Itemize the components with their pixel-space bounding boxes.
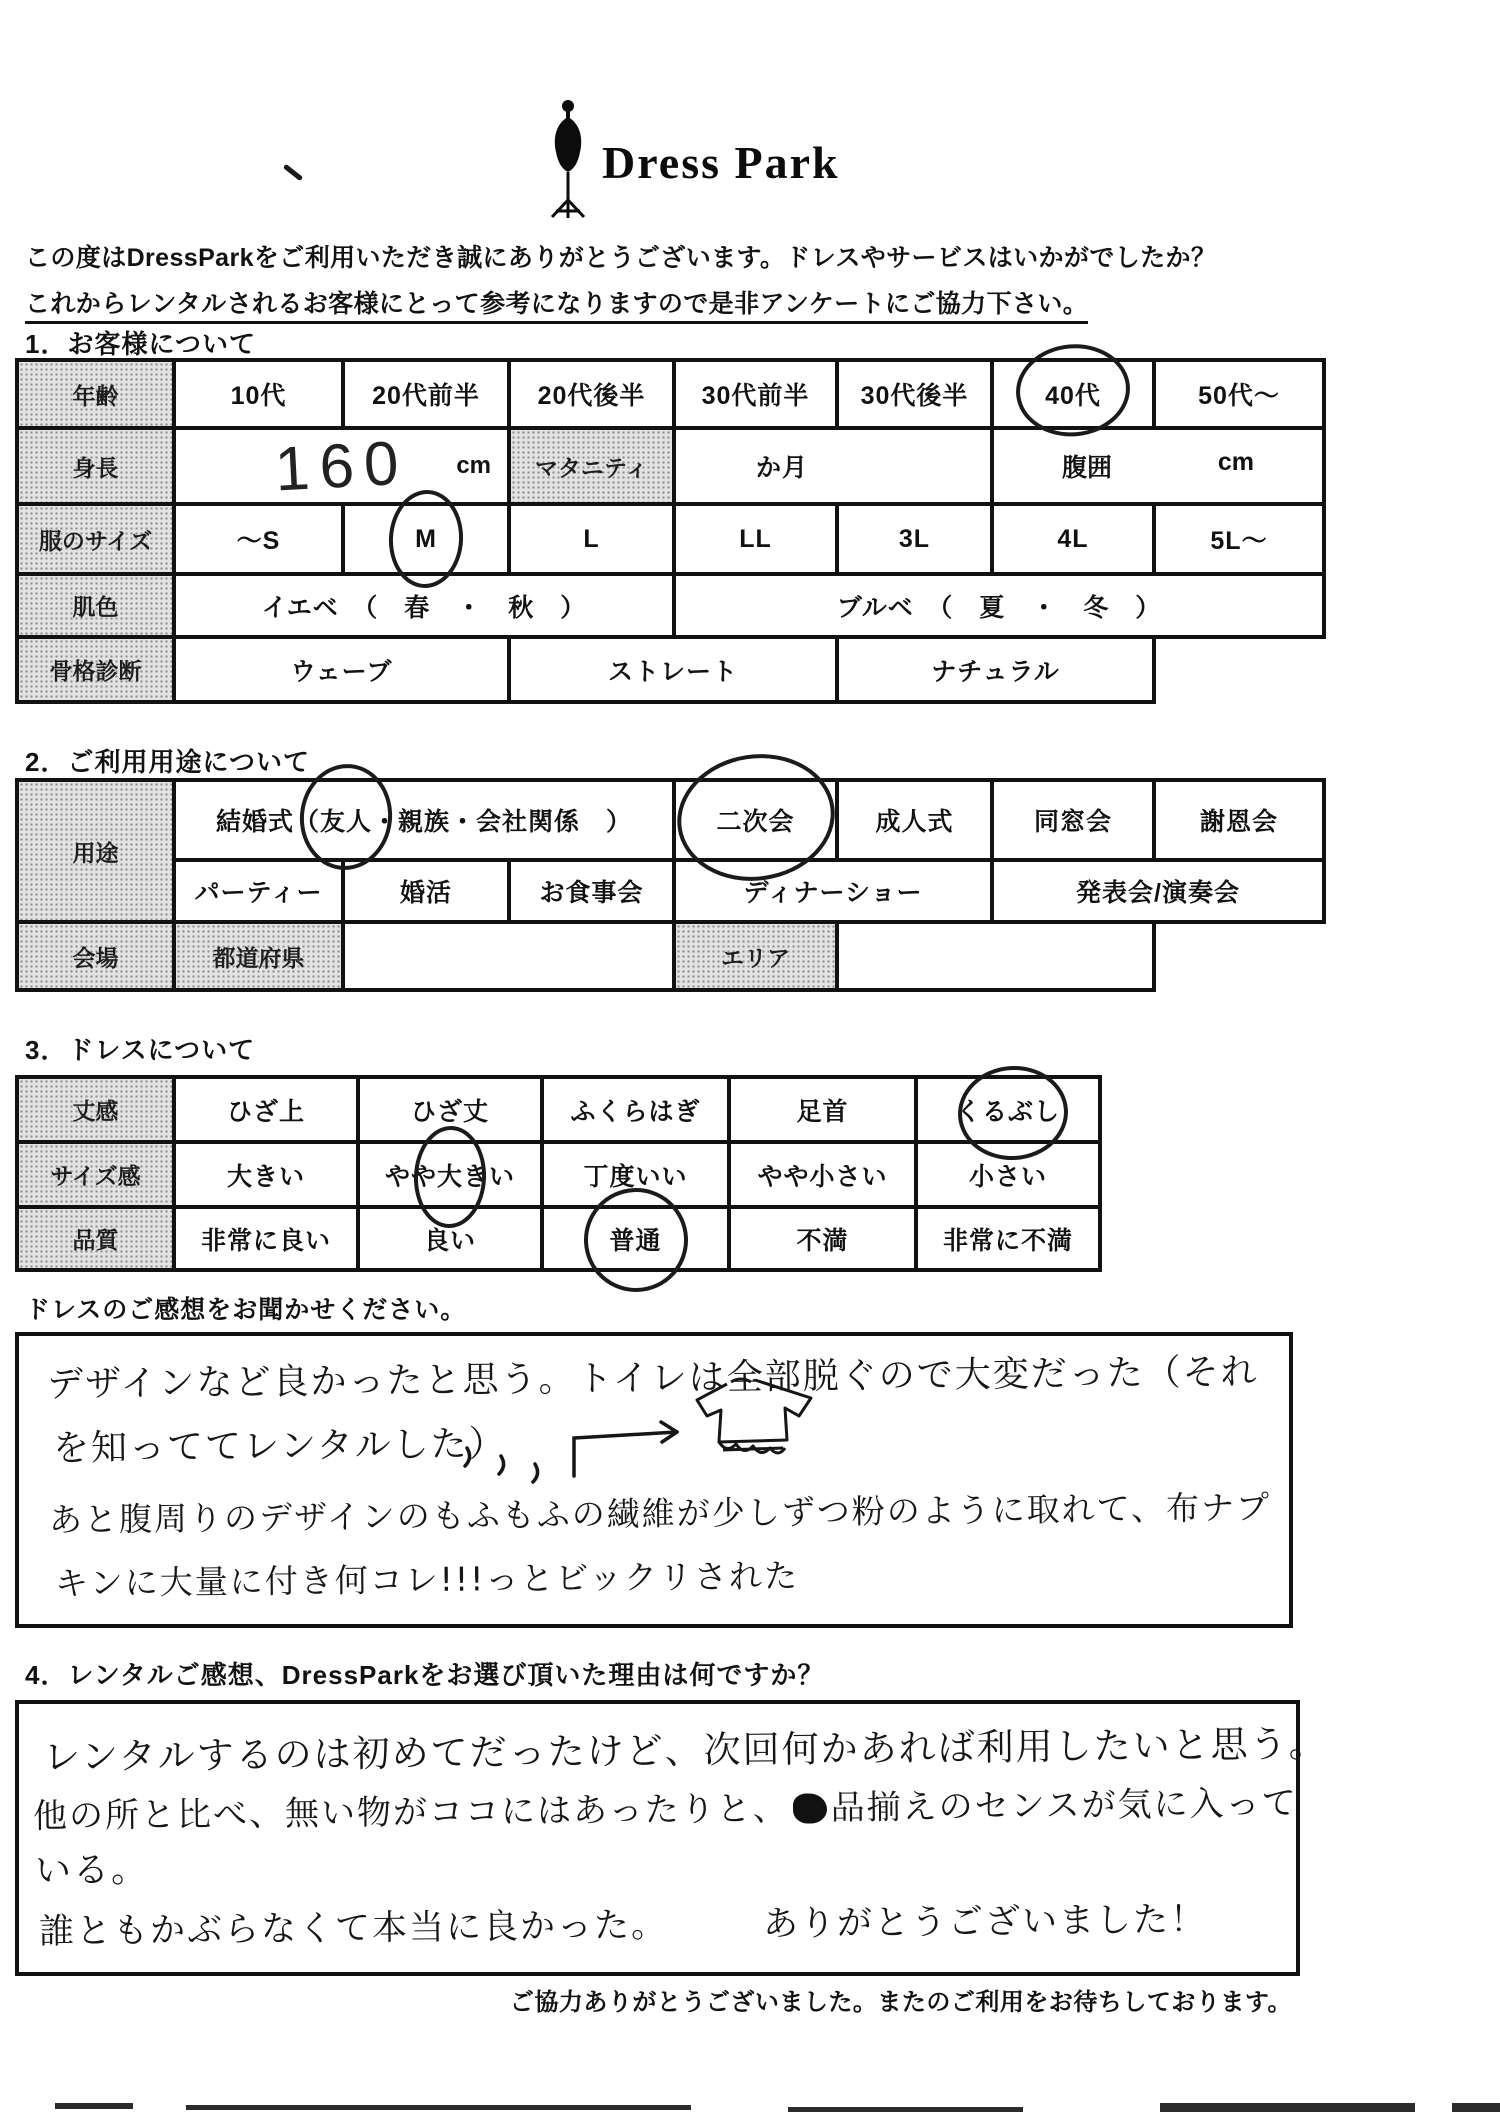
section1-heading: 1．お客様について bbox=[25, 324, 256, 361]
scan-artifact-line bbox=[1160, 2103, 1415, 2112]
option-skin-yellow-base: イエベ （ 春 ・ 秋 ） bbox=[174, 574, 674, 637]
option-fit-slightly-small: やや小さい bbox=[729, 1142, 916, 1207]
option-purpose-thanks-party: 謝恩会 bbox=[1154, 780, 1324, 860]
wedding-relation-friend: 友人 bbox=[320, 802, 372, 838]
height-unit-label: cm bbox=[456, 452, 491, 480]
ink-scribble bbox=[793, 1793, 827, 1823]
waist-unit-label: cm bbox=[1218, 448, 1254, 484]
option-size-s: ～S bbox=[174, 504, 343, 574]
option-purpose-coming-of-age: 成人式 bbox=[837, 780, 992, 860]
option-purpose-dining: お食事会 bbox=[509, 860, 674, 922]
option-purpose-dinner-show: ディナーショー bbox=[674, 860, 992, 922]
handwritten-line: 他の所と比べ、無い物がココにはあったりと、品揃えのセンスが気に入って bbox=[33, 1775, 1298, 1837]
option-size-5l: 5L～ bbox=[1154, 504, 1324, 574]
option-fit-slightly-big: やや大きい bbox=[358, 1142, 542, 1207]
option-purpose-afterparty: 二次会 bbox=[674, 780, 837, 860]
option-age-30late: 30代後半 bbox=[837, 360, 992, 428]
scan-artifact-line bbox=[788, 2107, 1023, 2112]
handwritten-segment: 誰ともかぶらなくて本当に良かった。 bbox=[39, 1906, 668, 1953]
handwritten-line: キンに大量に付き何コレ!!!っとビックリされた bbox=[55, 1550, 799, 1605]
option-age-10s: 10代 bbox=[174, 360, 343, 428]
height-value-cell: 160 cm bbox=[174, 428, 509, 504]
pen-stray-mark bbox=[283, 164, 303, 181]
option-frame-straight: ストレート bbox=[509, 637, 837, 702]
option-length-calf: ふくらはぎ bbox=[542, 1077, 729, 1142]
handwritten-line: 誰ともかぶらなくて本当に良かった。ありがとうございました！ bbox=[39, 1892, 1207, 1954]
handwritten-line: いる。 bbox=[35, 1841, 150, 1893]
section2-heading: 2．ご利用用途について bbox=[25, 742, 310, 779]
maternity-label: マタニティ bbox=[509, 428, 674, 504]
area-label: エリア bbox=[674, 922, 837, 990]
option-length-above-knee: ひざ上 bbox=[174, 1077, 358, 1142]
venue-row-label: 会場 bbox=[17, 922, 174, 990]
option-size-3l: 3L bbox=[837, 504, 992, 574]
option-quality-unsatisfied: 不満 bbox=[729, 1207, 916, 1270]
area-answer-blank bbox=[837, 922, 1154, 990]
option-size-m-label: M bbox=[415, 525, 437, 553]
rental-feedback-box: レンタルするのは初めてだったけど、次回何かあれば利用したいと思う。 他の所と比べ… bbox=[15, 1700, 1300, 1976]
survey-request-text: これからレンタルされるお客様にとって参考になりますので是非アンケートにご協力下さ… bbox=[25, 290, 1088, 324]
customer-info-table: 年齢 10代 20代前半 20代後半 30代前半 30代後半 40代 50代～ … bbox=[15, 358, 1326, 704]
option-quality-good: 良い bbox=[358, 1207, 542, 1270]
dress-feedback-prompt: ドレスのご感想をお聞かせください。 bbox=[25, 1290, 466, 1326]
intro-text: この度はDressParkをご利用いただき誠にありがとうございます。ドレスやサー… bbox=[25, 238, 1265, 274]
scan-artifact-line bbox=[55, 2103, 133, 2109]
empty-region bbox=[1154, 922, 1324, 990]
option-purpose-recital: 発表会/演奏会 bbox=[992, 860, 1324, 922]
option-quality-very-unsatisfied: 非常に不満 bbox=[916, 1207, 1100, 1270]
usage-purpose-table: 用途 結婚式（友人・親族・会社関係 ） 二次会 成人式 同窓会 謝恩会 パーティ… bbox=[15, 778, 1326, 992]
waist-label: 腹囲 bbox=[1062, 448, 1112, 484]
waist-cell: 腹囲 cm bbox=[992, 428, 1324, 504]
dress-feedback-box: デザインなど良かったと思う。トイレは全部脱ぐので大変だった（それ を知っててレン… bbox=[15, 1332, 1293, 1628]
length-row-label: 丈感 bbox=[17, 1077, 174, 1142]
dress-rating-table: 丈感 ひざ上 ひざ丈 ふくらはぎ 足首 くるぶし サイズ感 大きい やや大きい … bbox=[15, 1075, 1102, 1272]
option-age-20late: 20代後半 bbox=[509, 360, 674, 428]
logo-text: Dress Park bbox=[602, 136, 840, 189]
option-fit-big: 大きい bbox=[174, 1142, 358, 1207]
handwritten-segment: 品揃えのセンスが気に入って bbox=[830, 1783, 1297, 1828]
scanned-survey-page: Dress Park この度はDressParkをご利用いただき誠にありがとうご… bbox=[0, 0, 1500, 2127]
option-size-4l: 4L bbox=[992, 504, 1154, 574]
option-length-ankle: 足首 bbox=[729, 1077, 916, 1142]
option-fit-slightly-big-label: やや大きい bbox=[385, 1163, 515, 1191]
wedding-relation-friend-label: 友人 bbox=[320, 808, 372, 836]
frame-diagnosis-row-label: 骨格診断 bbox=[17, 637, 174, 702]
section3-heading: 3．ドレスについて bbox=[25, 1030, 255, 1067]
option-purpose-wedding: 結婚式（友人・親族・会社関係 ） bbox=[174, 780, 674, 860]
option-skin-blue-base: ブルベ （ 夏 ・ 冬 ） bbox=[674, 574, 1324, 637]
purpose-row-label: 用途 bbox=[17, 780, 174, 922]
age-row-label: 年齢 bbox=[17, 360, 174, 428]
section4-heading: 4．レンタルご感想、DressParkをお選び頂いた理由は何ですか？ bbox=[25, 1655, 824, 1692]
arrow-and-dress-doodle-icon bbox=[439, 1376, 829, 1501]
option-age-40s: 40代 bbox=[992, 360, 1154, 428]
option-fit-just-right: 丁度いい bbox=[542, 1142, 729, 1207]
maternity-months-label: か月 bbox=[674, 428, 992, 504]
option-age-30early: 30代前半 bbox=[674, 360, 837, 428]
option-length-knee: ひざ丈 bbox=[358, 1077, 542, 1142]
option-size-ll: LL bbox=[674, 504, 837, 574]
quality-row-label: 品質 bbox=[17, 1207, 174, 1270]
option-purpose-party: パーティー bbox=[174, 860, 343, 922]
option-purpose-matchmaking: 婚活 bbox=[343, 860, 509, 922]
wedding-prefix: 結婚式（ bbox=[216, 808, 320, 836]
option-purpose-reunion: 同窓会 bbox=[992, 780, 1154, 860]
empty-region bbox=[1154, 637, 1324, 702]
option-quality-normal: 普通 bbox=[542, 1207, 729, 1270]
option-age-50s: 50代～ bbox=[1154, 360, 1324, 428]
skin-tone-row-label: 肌色 bbox=[17, 574, 174, 637]
prefecture-label: 都道府県 bbox=[174, 922, 343, 990]
option-length-anklebone-label: くるぶし bbox=[956, 1098, 1060, 1126]
option-frame-wave: ウェーブ bbox=[174, 637, 509, 702]
scan-artifact-line bbox=[1452, 2103, 1500, 2112]
option-quality-normal-label: 普通 bbox=[609, 1227, 661, 1255]
footer-thanks-text: ご協力ありがとうございました。またのご利用をお待ちしております。 bbox=[480, 1982, 1292, 2017]
handwritten-line: あと腹周りのデザインのもふもふの繊維が少しずつ粉のように取れて、布ナプ bbox=[49, 1482, 1271, 1542]
height-row-label: 身長 bbox=[17, 428, 174, 504]
height-value-handwritten: 160 bbox=[273, 427, 410, 505]
handwritten-segment: 他の所と比べ、無い物がココにはあったりと、 bbox=[33, 1789, 789, 1837]
option-fit-small: 小さい bbox=[916, 1142, 1100, 1207]
option-age-40s-label: 40代 bbox=[1045, 382, 1101, 410]
prefecture-answer-blank bbox=[343, 922, 674, 990]
option-frame-natural: ナチュラル bbox=[837, 637, 1154, 702]
option-size-l: L bbox=[509, 504, 674, 574]
clothing-size-row-label: 服のサイズ bbox=[17, 504, 174, 574]
handwritten-segment: ありがとうございました！ bbox=[763, 1900, 1207, 1945]
option-quality-very-good: 非常に良い bbox=[174, 1207, 358, 1270]
wedding-suffix: ・親族・会社関係 ） bbox=[372, 808, 632, 836]
option-purpose-afterparty-label: 二次会 bbox=[716, 808, 794, 836]
option-age-20early: 20代前半 bbox=[343, 360, 509, 428]
fit-row-label: サイズ感 bbox=[17, 1142, 174, 1207]
scan-artifact-line bbox=[186, 2105, 691, 2110]
option-length-anklebone: くるぶし bbox=[916, 1077, 1100, 1142]
handwritten-line: レンタルするのは初めてだったけど、次回何かあれば利用したいと思う。 bbox=[43, 1713, 1328, 1780]
dressform-logo-icon bbox=[540, 98, 596, 220]
option-size-m: M bbox=[343, 504, 509, 574]
